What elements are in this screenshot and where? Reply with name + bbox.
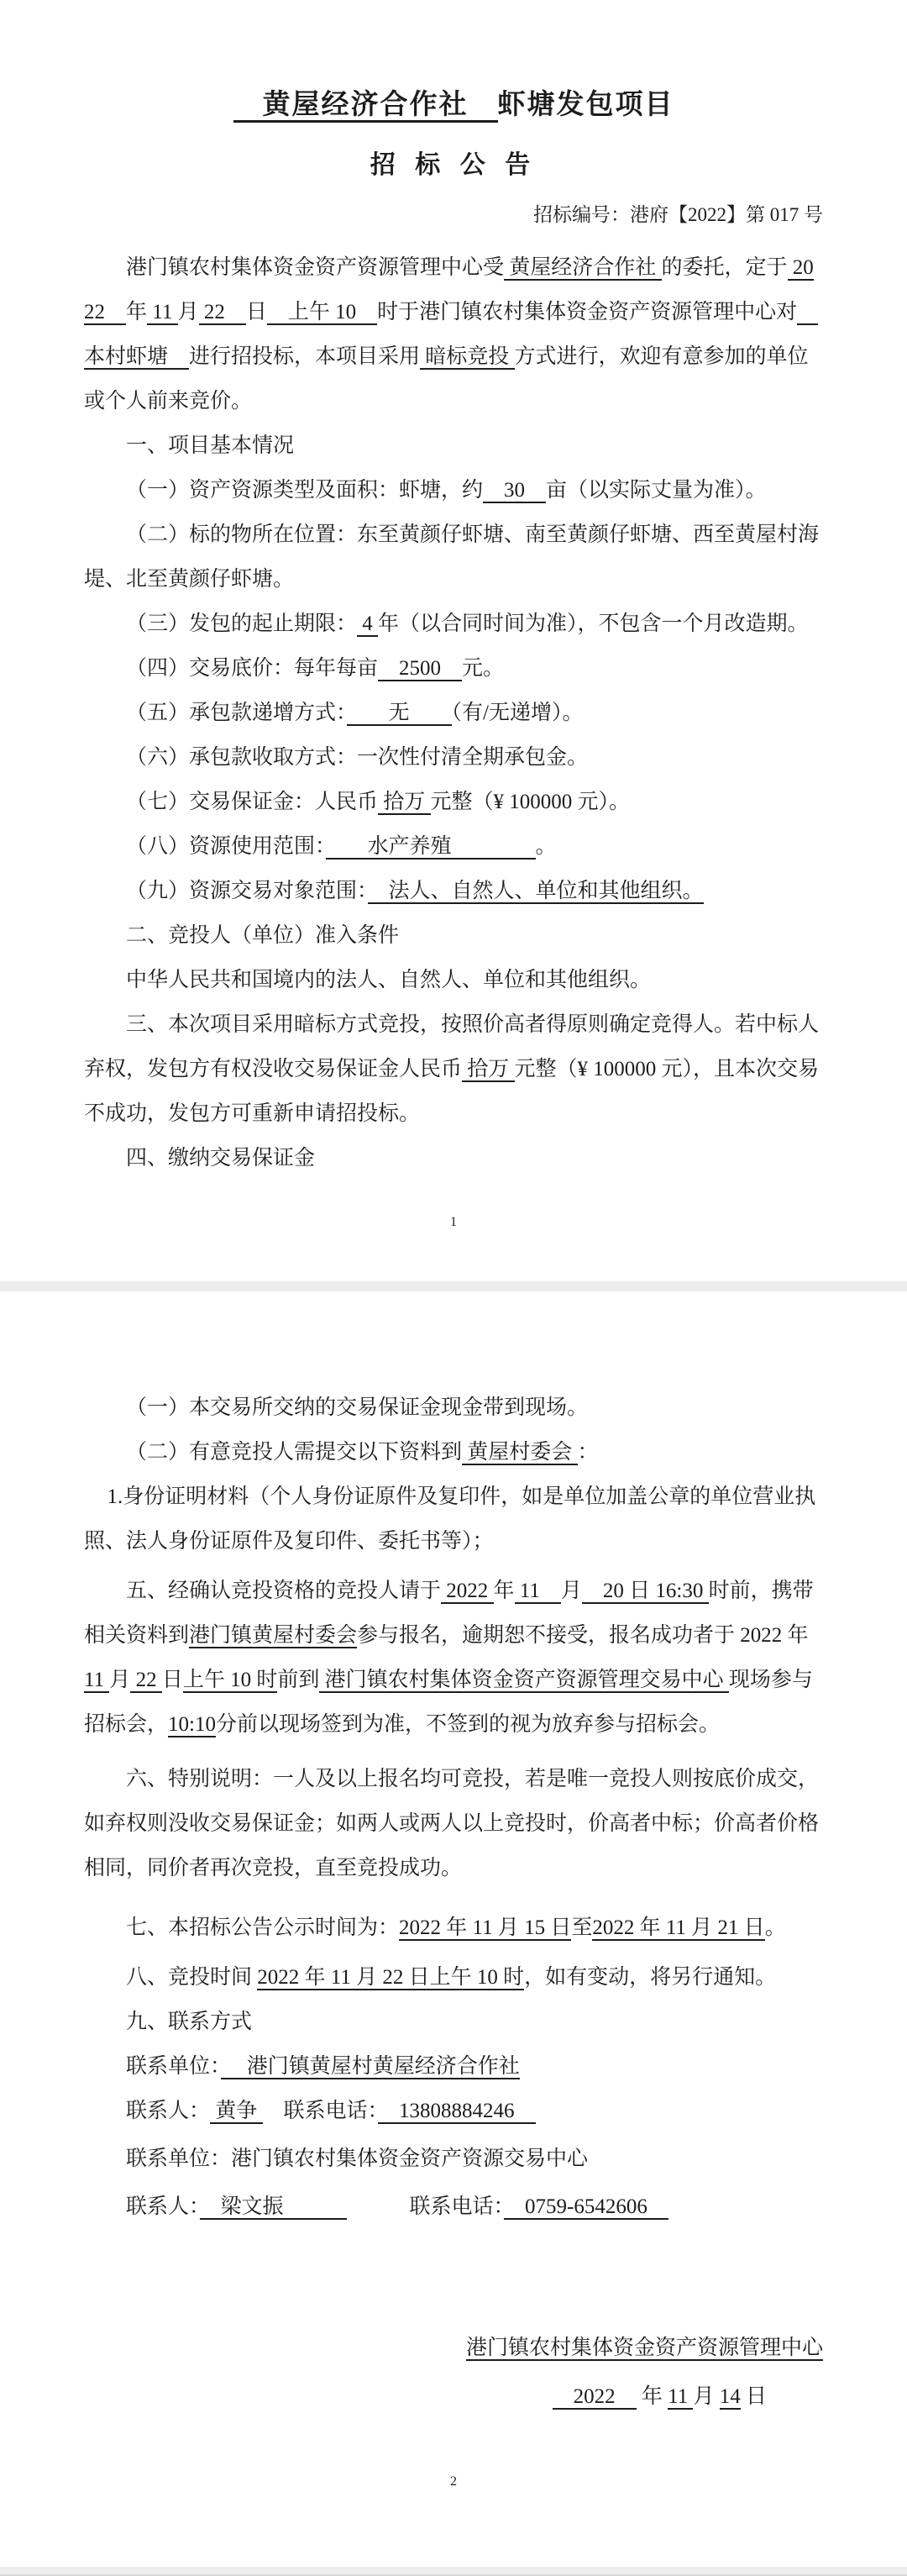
text-run: 联系电话： xyxy=(347,2195,505,2218)
contact-person-2: 联系人： 梁文振 联系电话： 0759-6542606 xyxy=(84,2184,823,2229)
fill-in-blank: 无 xyxy=(347,702,452,726)
text-run: （二）有意竞投人需提交以下资料到 xyxy=(126,1441,462,1464)
section-3-paragraph: 三、本次项目采用暗标方式竞投，按照价高者得原则确定竞得人。若中标人弃权，发包方有… xyxy=(84,1002,823,1136)
fill-in-blank: 2022 年 11 月 21 日 xyxy=(592,1916,764,1941)
text-run: 。 xyxy=(536,835,557,858)
text-run: 进行招投标，本项目采用 xyxy=(189,345,420,368)
section-2-body: 中华人民共和国境内的法人、自然人、单位和其他组织。 xyxy=(84,958,823,1002)
fill-in-blank: 上午 10 时 xyxy=(183,1669,278,1693)
text-run: 五、经确认竞投资格的竞投人请于 xyxy=(126,1580,441,1602)
fill-in-blank: 拾万 xyxy=(462,1058,515,1082)
item-1-3: （三）发包的起止期限： 4 年（以合同时间为准），不包含一个月改造期。 xyxy=(84,602,823,646)
item-4-1: （一）本交易所交纳的交易保证金现金带到现场。 xyxy=(84,1385,823,1430)
section-9-heading: 九、联系方式 xyxy=(84,2000,823,2044)
fill-in-blank: 暗标竞投 xyxy=(420,345,515,370)
item-1-8: （八）资源使用范围： 水产养殖 。 xyxy=(84,824,823,869)
fill-in-blank: 4 xyxy=(357,612,378,637)
text-run: 联系人： xyxy=(126,2100,210,2122)
page-separator xyxy=(0,1281,907,1291)
text-run: （三）发包的起止期限： xyxy=(126,612,357,635)
fill-in-blank: 2022 年 11 月 15 日 xyxy=(399,1916,571,1941)
fill-in-blank: 0759-6542606 xyxy=(504,2195,668,2220)
text-run: 八、竞投时间 xyxy=(126,1966,257,1989)
fill-in-blank: 11 xyxy=(84,1669,109,1693)
text-run: 年 xyxy=(126,301,147,323)
fill-in-blank: 2022 年 11 月 22 日上午 10 时 xyxy=(257,1966,524,1990)
bottom-separator xyxy=(0,2567,907,2576)
fill-in-blank: 上午 10 xyxy=(267,301,377,325)
item-1-5: （五）承包款递增方式： 无 （有/无递增）。 xyxy=(84,691,823,735)
text-run: 二、竞投人（单位）准入条件 xyxy=(126,924,399,947)
fill-in-blank: 11 xyxy=(668,2385,693,2410)
item-4-2: （二）有意竞投人需提交以下资料到 黄屋村委会 ： xyxy=(84,1430,823,1475)
section-6-paragraph: 六、特别说明：一人及以上报名均可竞投，若是唯一竞投人则按底价成交，如弃权则没收交… xyxy=(84,1757,823,1890)
text-run: （一）资产资源类型及面积：虾塘，约 xyxy=(126,479,483,502)
fill-in-blank: 港门镇农村集体资金资产资源管理交易中心 xyxy=(319,1669,729,1693)
item-1-6: （六）承包款收取方式：一次性付清全期承包金。 xyxy=(84,735,823,780)
page-2: （一）本交易所交纳的交易保证金现金带到现场。（二）有意竞投人需提交以下资料到 黄… xyxy=(0,1291,907,2567)
text-run: （七）交易保证金：人民币 xyxy=(126,791,378,813)
section-1-heading: 一、项目基本情况 xyxy=(84,423,823,468)
text-run: 联系单位：港门镇农村集体资金资产资源交易中心 xyxy=(126,2148,588,2170)
section-5-paragraph: 五、经确认竞投资格的竞投人请于 2022 年 11 月 20 日 16:30 时… xyxy=(84,1569,823,1747)
section-7-paragraph: 七、本招标公告公示时间为：2022 年 11 月 15 日至2022 年 11 … xyxy=(84,1906,823,1950)
fill-in-blank: 梁文振 xyxy=(200,2195,347,2220)
text-run: 元整（¥ 100000 元）。 xyxy=(431,791,631,813)
text-run: 至 xyxy=(571,1916,592,1939)
text-run: （六）承包款收取方式：一次性付清全期承包金。 xyxy=(126,746,588,769)
text-run: 年（以合同时间为准），不包含一个月改造期。 xyxy=(378,612,809,635)
section-4-heading: 四、缴纳交易保证金 xyxy=(84,1136,823,1180)
text-run: （一）本交易所交纳的交易保证金现金带到现场。 xyxy=(126,1396,588,1419)
section-8-paragraph: 八、竞投时间 2022 年 11 月 22 日上午 10 时，如有变动，将另行通… xyxy=(84,1955,823,2000)
item-1-2: （二）标的物所在位置：东至黄颜仔虾塘、南至黄颜仔虾塘、西至黄屋村海堤、北至黄颜仔… xyxy=(84,513,823,602)
issue-date: 2022 年 11 月 14 日 xyxy=(84,2374,823,2419)
text-run: 联系电话： xyxy=(263,2100,379,2122)
text-run: ： xyxy=(578,1441,599,1464)
text-run: 分前以现场签到为准，不签到的视为放弃参与招标会。 xyxy=(216,1713,720,1736)
text-run: 招标编号：港府【2022】第 017 号 xyxy=(533,204,823,225)
text-run: （二）标的物所在位置：东至黄颜仔虾塘、南至黄颜仔虾塘、西至黄屋村海堤、北至黄颜仔… xyxy=(84,523,819,591)
fill-in-blank: 13808884246 xyxy=(378,2100,536,2124)
fill-in-blank: 黄屋经济合作社 xyxy=(504,256,662,281)
text-run: （四）交易底价：每年每亩 xyxy=(126,657,378,680)
text-run: 。 xyxy=(765,1916,786,1939)
text-run: 月 xyxy=(561,1580,582,1602)
text-run: 前到 xyxy=(277,1669,319,1691)
fill-in-blank: 10:10 xyxy=(168,1713,216,1737)
text-run: 月 xyxy=(109,1669,130,1691)
item-1-7: （七）交易保证金：人民币 拾万 元整（¥ 100000 元）。 xyxy=(84,780,823,824)
text-run: 日 xyxy=(246,301,267,323)
text-run: 一、项目基本情况 xyxy=(126,434,294,457)
text-run: 日 xyxy=(741,2385,767,2408)
contact-person-1: 联系人： 黄争 联系电话： 13808884246 xyxy=(84,2089,823,2133)
text-run: （九）资源交易对象范围： xyxy=(126,880,368,902)
text-run: 1 xyxy=(450,1215,457,1229)
page-number: 2 xyxy=(84,2465,823,2499)
text-run: 九、联系方式 xyxy=(126,2011,252,2033)
text-run: 参与报名，逾期恕不接受，报名成功者于 2022 年 xyxy=(357,1624,809,1647)
text-run: 年 xyxy=(637,2385,668,2408)
text-run: 联系单位： xyxy=(126,2055,221,2078)
fill-in-blank: 港门镇农村集体资金资产资源管理中心 xyxy=(466,2337,823,2361)
fill-in-blank: 拾万 xyxy=(378,791,431,815)
page-number: 1 xyxy=(84,1206,823,1239)
fill-in-blank: 22 xyxy=(130,1669,162,1693)
item-1-4: （四）交易底价：每年每亩 2500 元。 xyxy=(84,646,823,691)
fill-in-blank: 黄争 xyxy=(210,2100,263,2124)
text-run: 月 xyxy=(693,2385,719,2408)
text-run: （五）承包款递增方式： xyxy=(126,702,347,724)
fill-in-blank: 20 日 16:30 xyxy=(582,1580,709,1604)
fill-in-blank: 14 xyxy=(720,2385,741,2410)
text-run: 六、特别说明：一人及以上报名均可竞投，若是唯一竞投人则按底价成交，如弃权则没收交… xyxy=(84,1768,819,1879)
text-run: 亩（以实际丈量为准）。 xyxy=(546,479,767,502)
fill-in-blank: 2022 xyxy=(553,2385,637,2410)
text-run: （有/无递增）。 xyxy=(452,702,584,724)
fill-in-blank: 港门镇黄屋村黄屋经济合作社 xyxy=(221,2055,520,2079)
fill-in-blank: 2022 xyxy=(441,1580,494,1604)
fill-in-blank: 港门镇黄屋村委会 xyxy=(189,1624,357,1648)
fill-in-blank: 22 xyxy=(199,301,246,325)
fill-in-blank: 11 xyxy=(515,1580,561,1604)
page-1: 黄屋经济合作社 虾塘发包项目招 标 公 告招标编号：港府【2022】第 017 … xyxy=(0,0,907,1281)
contact-unit-1: 联系单位： 港门镇黄屋村黄屋经济合作社 xyxy=(84,2044,823,2089)
intro-paragraph: 港门镇农村集体资金资产资源管理中心受 黄屋经济合作社 的委托，定于 2022 年… xyxy=(84,245,823,423)
item-1-1: （一）资产资源类型及面积：虾塘，约 30 亩（以实际丈量为准）。 xyxy=(84,468,823,513)
text-run: 虾塘发包项目 xyxy=(498,90,674,120)
fill-in-blank: 2500 xyxy=(378,657,462,681)
text-run: 月 xyxy=(178,301,199,323)
text-run: 时于港门镇农村集体资金资产资源管理中心对 xyxy=(377,301,797,323)
contact-unit-2: 联系单位：港门镇农村集体资金资产资源交易中心 xyxy=(84,2137,823,2181)
text-run: （八）资源使用范围： xyxy=(126,835,326,858)
fill-in-blank: 黄屋经济合作社 xyxy=(233,90,498,123)
text-run: 日 xyxy=(162,1669,183,1691)
text-run: 七、本招标公告公示时间为： xyxy=(126,1916,399,1939)
fill-in-blank: 法人、自然人、单位和其他组织。 xyxy=(368,880,704,904)
doc-subtitle: 招 标 公 告 xyxy=(84,139,823,192)
text-run: ，如有变动，将另行通知。 xyxy=(524,1966,776,1989)
fill-in-blank: 11 xyxy=(147,301,178,325)
text-run: 元。 xyxy=(462,657,504,680)
text-run: 四、缴纳交易保证金 xyxy=(126,1147,315,1170)
text-run: 招 标 公 告 xyxy=(370,151,537,179)
text-run: 年 xyxy=(494,1580,515,1602)
text-run: 2 xyxy=(450,2474,457,2489)
text-run: 的委托，定于 xyxy=(662,256,788,279)
fill-in-blank: 黄屋村委会 xyxy=(462,1441,578,1465)
issuer-signature: 港门镇农村集体资金资产资源管理中心 xyxy=(84,2326,823,2370)
item-4-2-1: 1.身份证明材料（个人身份证原件及复印件，如是单位加盖公章的单位营业执照、法人身… xyxy=(84,1475,823,1564)
fill-in-blank: 水产养殖 xyxy=(326,835,536,860)
doc-title: 黄屋经济合作社 虾塘发包项目 xyxy=(84,80,823,130)
fill-in-blank: 30 xyxy=(483,479,546,503)
text-run: 港门镇农村集体资金资产资源管理中心受 xyxy=(126,256,504,279)
section-2-heading: 二、竞投人（单位）准入条件 xyxy=(84,913,823,958)
text-run: 1.身份证明材料（个人身份证原件及复印件，如是单位加盖公章的单位营业执照、法人身… xyxy=(84,1485,815,1553)
text-run: 联系人： xyxy=(126,2195,200,2218)
tender-number: 招标编号：港府【2022】第 017 号 xyxy=(84,192,823,237)
item-1-9: （九）资源交易对象范围： 法人、自然人、单位和其他组织。 xyxy=(84,869,823,913)
text-run: 中华人民共和国境内的法人、自然人、单位和其他组织。 xyxy=(126,969,651,991)
document-viewer: 黄屋经济合作社 虾塘发包项目招 标 公 告招标编号：港府【2022】第 017 … xyxy=(0,0,907,2576)
